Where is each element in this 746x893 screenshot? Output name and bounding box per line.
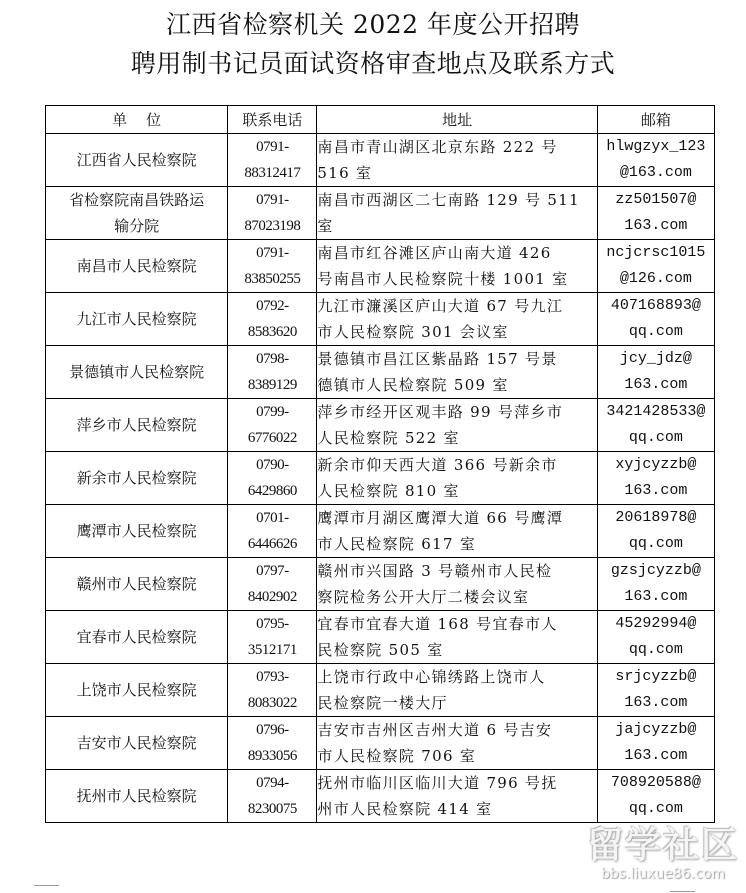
cell-phone-line: 8389129 — [228, 372, 316, 398]
cell-phone-line: 0794- — [228, 770, 316, 796]
cell-phone-line: 83850255 — [228, 266, 316, 292]
cell-unit-line: 景德镇市人民检察院 — [46, 359, 227, 385]
cell-phone: 0791-88312417 — [228, 134, 317, 187]
cell-phone-line: 0797- — [228, 558, 316, 584]
cell-email-line: 708920588@ — [598, 770, 714, 796]
cell-address: 南昌市西湖区二七南路 129 号 511室 — [317, 187, 597, 240]
cell-unit-line: 宜春市人民检察院 — [46, 624, 227, 650]
cell-unit: 萍乡市人民检察院 — [46, 399, 228, 452]
cell-unit-line: 鹰潭市人民检察院 — [46, 518, 227, 544]
cell-address-line: 吉安市吉州区吉州大道 6 号吉安 — [317, 717, 596, 743]
cell-email-line: 163.com — [598, 213, 714, 239]
cell-phone: 0796-8933056 — [228, 717, 317, 770]
cell-email: 20618978@qq.com — [597, 505, 714, 558]
cell-unit: 景德镇市人民检察院 — [46, 346, 228, 399]
cell-address: 赣州市兴国路 3 号赣州市人民检察院检务公开大厅二楼会议室 — [317, 558, 597, 611]
cell-address-line: 南昌市青山湖区北京东路 222 号 — [317, 134, 596, 160]
cell-unit: 南昌市人民检察院 — [46, 240, 228, 293]
cell-email-line: 163.com — [598, 690, 714, 716]
cell-address-line: 号南昌市人民检察院十楼 1001 室 — [317, 266, 596, 292]
cell-phone-line: 0791- — [228, 134, 316, 160]
page-corner-mark-left — [34, 885, 59, 886]
cell-phone: 0797-8402902 — [228, 558, 317, 611]
cell-email-line: ncjcrsc1015 — [598, 240, 714, 266]
cell-email-line: jajcyzzb@ — [598, 717, 714, 743]
cell-address: 九江市濂溪区庐山大道 67 号九江市人民检察院 301 会议室 — [317, 293, 597, 346]
cell-unit: 新余市人民检察院 — [46, 452, 228, 505]
table-row: 鹰潭市人民检察院0701-6446626鹰潭市月湖区鹰潭大道 66 号鹰潭市人民… — [46, 505, 715, 558]
cell-phone-line: 0792- — [228, 293, 316, 319]
cell-email: ncjcrsc1015@126.com — [597, 240, 714, 293]
table-row: 景德镇市人民检察院0798-8389129景德镇市昌江区紫晶路 157 号景德镇… — [46, 346, 715, 399]
cell-email-line: 163.com — [598, 372, 714, 398]
cell-phone-line: 0701- — [228, 505, 316, 531]
cell-unit: 抚州市人民检察院 — [46, 770, 228, 823]
cell-phone: 0795-3512171 — [228, 611, 317, 664]
cell-address-line: 抚州市临川区临川大道 796 号抚 — [317, 770, 596, 796]
cell-phone-line: 8402902 — [228, 584, 316, 610]
cell-email-line: @163.com — [598, 160, 714, 186]
cell-address: 南昌市红谷滩区庐山南大道 426号南昌市人民检察院十楼 1001 室 — [317, 240, 597, 293]
cell-phone-line: 0793- — [228, 664, 316, 690]
cell-address-line: 宜春市宜春大道 168 号宜春市人 — [317, 611, 596, 637]
cell-email: zz501507@163.com — [597, 187, 714, 240]
cell-address-line: 德镇市人民检察院 509 室 — [317, 372, 596, 398]
cell-email-line: qq.com — [598, 637, 714, 663]
cell-address-line: 南昌市西湖区二七南路 129 号 511 — [317, 187, 596, 213]
cell-unit-line: 新余市人民检察院 — [46, 465, 227, 491]
cell-email-line: 163.com — [598, 584, 714, 610]
cell-address-line: 516 室 — [317, 160, 596, 186]
cell-email: xyjcyzzb@163.com — [597, 452, 714, 505]
cell-address-line: 九江市濂溪区庐山大道 67 号九江 — [317, 293, 596, 319]
cell-unit-line: 输分院 — [46, 213, 227, 239]
cell-unit-line: 赣州市人民检察院 — [46, 571, 227, 597]
cell-email-line: 3421428533@ — [598, 399, 714, 425]
table-row: 新余市人民检察院0790-6429860新余市仰天西大道 366 号新余市人民检… — [46, 452, 715, 505]
cell-address: 吉安市吉州区吉州大道 6 号吉安市人民检察院 706 室 — [317, 717, 597, 770]
cell-address: 新余市仰天西大道 366 号新余市人民检察院 810 室 — [317, 452, 597, 505]
header-email: 邮箱 — [597, 106, 714, 134]
cell-phone-line: 3512171 — [228, 637, 316, 663]
cell-unit: 江西省人民检察院 — [46, 134, 228, 187]
cell-email-line: 20618978@ — [598, 505, 714, 531]
cell-address-line: 赣州市兴国路 3 号赣州市人民检 — [317, 558, 596, 584]
cell-address-line: 人民检察院 522 室 — [317, 425, 596, 451]
cell-email-line: zz501507@ — [598, 187, 714, 213]
cell-address: 上饶市行政中心锦绣路上饶市人民检察院一楼大厅 — [317, 664, 597, 717]
table-body: 江西省人民检察院0791-88312417南昌市青山湖区北京东路 222 号51… — [46, 134, 715, 823]
cell-unit: 省检察院南昌铁路运输分院 — [46, 187, 228, 240]
cell-unit: 吉安市人民检察院 — [46, 717, 228, 770]
cell-email-line: gzsjcyzzb@ — [598, 558, 714, 584]
cell-email: jajcyzzb@163.com — [597, 717, 714, 770]
cell-phone: 0798-8389129 — [228, 346, 317, 399]
cell-address-line: 市人民检察院 706 室 — [317, 743, 596, 769]
cell-unit: 宜春市人民检察院 — [46, 611, 228, 664]
cell-address-line: 民检察院一楼大厅 — [317, 690, 596, 716]
cell-unit: 赣州市人民检察院 — [46, 558, 228, 611]
cell-unit-line: 南昌市人民检察院 — [46, 253, 227, 279]
cell-address-line: 察院检务公开大厅二楼会议室 — [317, 584, 596, 610]
watermark-url: bbs.liuxue86.com — [583, 866, 743, 882]
watermark-logo-text: 留学社区 — [583, 826, 743, 866]
cell-phone-line: 0798- — [228, 346, 316, 372]
contact-table: 单 位 联系电话 地址 邮箱 江西省人民检察院0791-88312417南昌市青… — [45, 105, 715, 823]
cell-phone-line: 0799- — [228, 399, 316, 425]
cell-phone-line: 0796- — [228, 717, 316, 743]
cell-email-line: qq.com — [598, 425, 714, 451]
cell-address: 宜春市宜春大道 168 号宜春市人民检察院 505 室 — [317, 611, 597, 664]
cell-unit: 九江市人民检察院 — [46, 293, 228, 346]
cell-phone-line: 87023198 — [228, 213, 316, 239]
cell-address-line: 市人民检察院 617 室 — [317, 531, 596, 557]
cell-email-line: 163.com — [598, 478, 714, 504]
cell-email-line: qq.com — [598, 319, 714, 345]
cell-phone: 0790-6429860 — [228, 452, 317, 505]
cell-address-line: 市人民检察院 301 会议室 — [317, 319, 596, 345]
table-row: 上饶市人民检察院0793-8083022上饶市行政中心锦绣路上饶市人民检察院一楼… — [46, 664, 715, 717]
cell-phone-line: 0790- — [228, 452, 316, 478]
table-row: 萍乡市人民检察院0799-6776022萍乡市经开区观丰路 99 号萍乡市人民检… — [46, 399, 715, 452]
cell-email-line: 407168893@ — [598, 293, 714, 319]
cell-phone: 0799-6776022 — [228, 399, 317, 452]
cell-phone: 0794-8230075 — [228, 770, 317, 823]
table-row: 江西省人民检察院0791-88312417南昌市青山湖区北京东路 222 号51… — [46, 134, 715, 187]
cell-address-line: 州市人民检察院 414 室 — [317, 796, 596, 822]
cell-phone-line: 8933056 — [228, 743, 316, 769]
cell-phone-line: 0791- — [228, 187, 316, 213]
cell-unit-line: 萍乡市人民检察院 — [46, 412, 227, 438]
cell-address-line: 室 — [317, 213, 596, 239]
cell-unit-line: 上饶市人民检察院 — [46, 677, 227, 703]
cell-email-line: qq.com — [598, 796, 714, 822]
cell-address: 南昌市青山湖区北京东路 222 号516 室 — [317, 134, 597, 187]
cell-email-line: hlwgzyx_123 — [598, 134, 714, 160]
cell-email: 407168893@qq.com — [597, 293, 714, 346]
cell-unit-line: 省检察院南昌铁路运 — [46, 187, 227, 213]
header-unit: 单 位 — [46, 106, 228, 134]
page-corner-mark-right — [670, 891, 695, 892]
cell-phone-line: 6446626 — [228, 531, 316, 557]
watermark: 留学社区 bbs.liuxue86.com — [583, 826, 743, 888]
cell-address-line: 萍乡市经开区观丰路 99 号萍乡市 — [317, 399, 596, 425]
cell-email-line: jcy_jdz@ — [598, 346, 714, 372]
cell-email: jcy_jdz@163.com — [597, 346, 714, 399]
table-row: 南昌市人民检察院0791-83850255南昌市红谷滩区庐山南大道 426号南昌… — [46, 240, 715, 293]
cell-address-line: 人民检察院 810 室 — [317, 478, 596, 504]
cell-email: srjcyzzb@163.com — [597, 664, 714, 717]
cell-phone-line: 88312417 — [228, 160, 316, 186]
header-phone: 联系电话 — [228, 106, 317, 134]
table-row: 吉安市人民检察院0796-8933056吉安市吉州区吉州大道 6 号吉安市人民检… — [46, 717, 715, 770]
cell-address: 鹰潭市月湖区鹰潭大道 66 号鹰潭市人民检察院 617 室 — [317, 505, 597, 558]
cell-unit-line: 江西省人民检察院 — [46, 147, 227, 173]
cell-email: 708920588@qq.com — [597, 770, 714, 823]
cell-phone-line: 0795- — [228, 611, 316, 637]
cell-email: 3421428533@qq.com — [597, 399, 714, 452]
cell-unit-line: 吉安市人民检察院 — [46, 730, 227, 756]
cell-email: 45292994@qq.com — [597, 611, 714, 664]
cell-phone: 0793-8083022 — [228, 664, 317, 717]
document-title-line-2: 聘用制书记员面试资格审查地点及联系方式 — [0, 48, 746, 80]
cell-phone: 0792-8583620 — [228, 293, 317, 346]
cell-address: 萍乡市经开区观丰路 99 号萍乡市人民检察院 522 室 — [317, 399, 597, 452]
cell-email: hlwgzyx_123@163.com — [597, 134, 714, 187]
cell-email-line: srjcyzzb@ — [598, 664, 714, 690]
cell-phone-line: 8583620 — [228, 319, 316, 345]
cell-address: 抚州市临川区临川大道 796 号抚州市人民检察院 414 室 — [317, 770, 597, 823]
cell-phone-line: 6429860 — [228, 478, 316, 504]
cell-phone-line: 8083022 — [228, 690, 316, 716]
cell-phone: 0791-83850255 — [228, 240, 317, 293]
cell-address: 景德镇市昌江区紫晶路 157 号景德镇市人民检察院 509 室 — [317, 346, 597, 399]
cell-phone-line: 0791- — [228, 240, 316, 266]
cell-unit: 上饶市人民检察院 — [46, 664, 228, 717]
cell-unit-line: 抚州市人民检察院 — [46, 783, 227, 809]
cell-address-line: 民检察院 505 室 — [317, 637, 596, 663]
cell-email-line: 45292994@ — [598, 611, 714, 637]
cell-address-line: 新余市仰天西大道 366 号新余市 — [317, 452, 596, 478]
cell-phone-line: 8230075 — [228, 796, 316, 822]
cell-email-line: 163.com — [598, 743, 714, 769]
table-row: 九江市人民检察院0792-8583620九江市濂溪区庐山大道 67 号九江市人民… — [46, 293, 715, 346]
cell-unit: 鹰潭市人民检察院 — [46, 505, 228, 558]
header-address: 地址 — [317, 106, 597, 134]
table-row: 宜春市人民检察院0795-3512171宜春市宜春大道 168 号宜春市人民检察… — [46, 611, 715, 664]
document-title-line-1: 江西省检察机关 2022 年度公开招聘 — [0, 9, 746, 41]
table-header-row: 单 位 联系电话 地址 邮箱 — [46, 106, 715, 134]
table-row: 省检察院南昌铁路运输分院0791-87023198南昌市西湖区二七南路 129 … — [46, 187, 715, 240]
cell-unit-line: 九江市人民检察院 — [46, 306, 227, 332]
cell-email-line: @126.com — [598, 266, 714, 292]
cell-address-line: 景德镇市昌江区紫晶路 157 号景 — [317, 346, 596, 372]
cell-email: gzsjcyzzb@163.com — [597, 558, 714, 611]
cell-address-line: 南昌市红谷滩区庐山南大道 426 — [317, 240, 596, 266]
cell-phone-line: 6776022 — [228, 425, 316, 451]
cell-address-line: 上饶市行政中心锦绣路上饶市人 — [317, 664, 596, 690]
cell-email-line: qq.com — [598, 531, 714, 557]
table-row: 赣州市人民检察院0797-8402902赣州市兴国路 3 号赣州市人民检察院检务… — [46, 558, 715, 611]
cell-phone: 0701-6446626 — [228, 505, 317, 558]
table-row: 抚州市人民检察院0794-8230075抚州市临川区临川大道 796 号抚州市人… — [46, 770, 715, 823]
cell-address-line: 鹰潭市月湖区鹰潭大道 66 号鹰潭 — [317, 505, 596, 531]
cell-email-line: xyjcyzzb@ — [598, 452, 714, 478]
cell-phone: 0791-87023198 — [228, 187, 317, 240]
